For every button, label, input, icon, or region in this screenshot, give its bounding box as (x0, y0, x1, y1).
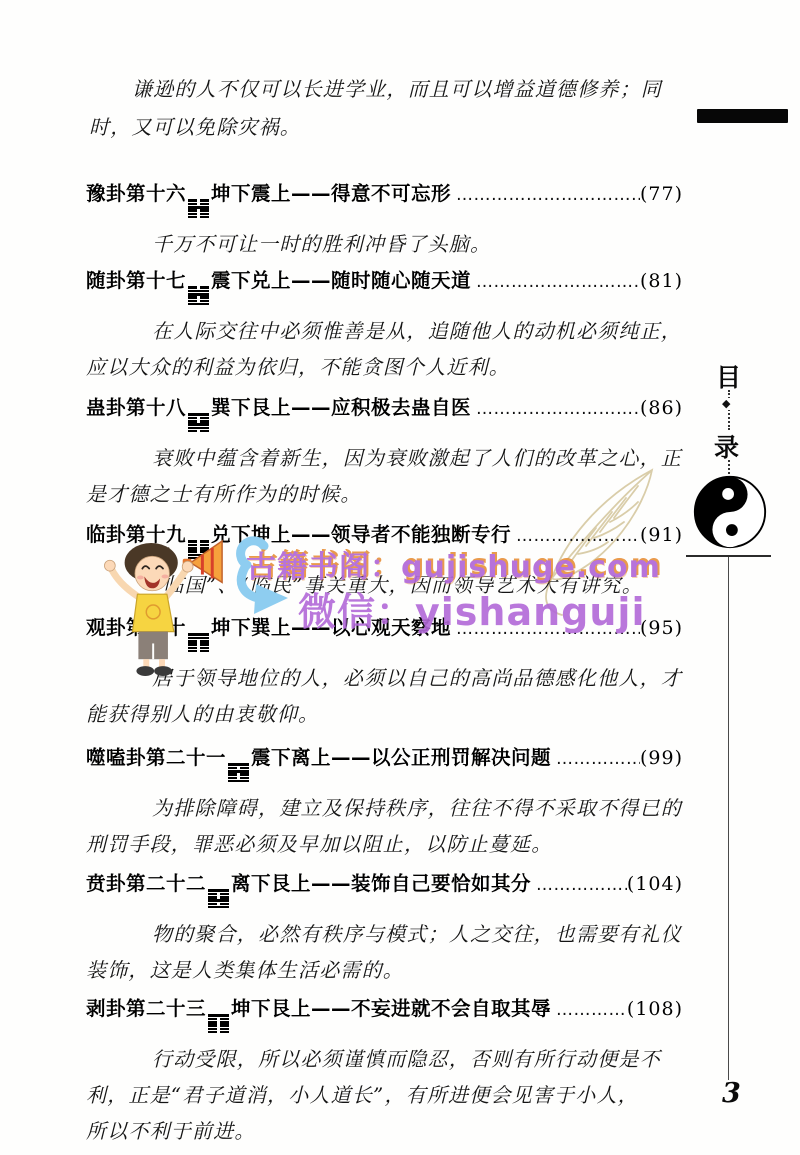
entry-title: 噬嗑卦第二十一震下离上——以公正刑罚解决问题 (86, 742, 551, 782)
yin-yang-icon (692, 474, 768, 550)
dots-leader: …………………………………………………………………… (531, 875, 627, 895)
note-line: 居于领导地位的人，必须以自己的高尚品德感化他人，才 (152, 660, 683, 696)
entry-heading: 噬嗑卦第二十一震下离上——以公正刑罚解决问题………………………………………………… (86, 742, 683, 782)
entry-notes: 千万不可让一时的胜利冲昏了头脑。 (86, 226, 683, 262)
diamond-icon: ◆ (722, 398, 730, 410)
dots-leader: …………………………………………………………………… (551, 1000, 627, 1020)
sidebar-char-lu: 录 (714, 428, 739, 464)
toc-entry: 贲卦第二十二离下艮上——装饰自己要恰如其分…………………………………………………… (86, 868, 683, 988)
entry-heading: 蛊卦第十八巽下艮上——应积极去蛊自医…………………………………………………………… (86, 392, 683, 432)
page-ref: (108) (627, 998, 683, 1020)
hexagram-icon (188, 286, 209, 305)
entry-heading: 豫卦第十六坤下震上——得意不可忘形……………………………………………………………… (86, 178, 683, 218)
sidebar-dotted-line-2 (728, 460, 730, 474)
note-line: 衰败中蕴含着新生，因为衰败激起了人们的改革之心，正 (152, 440, 683, 476)
page-number: 3 (722, 1078, 741, 1109)
page-ref: (104) (627, 873, 683, 895)
watermark-site-text: 古籍书阁：gujishuge.com (246, 542, 661, 586)
note-line: 为排除障碍，建立及保持秩序，往往不得不采取不得已的 (152, 790, 683, 826)
dots-leader: …………………………………………………………………… (551, 749, 640, 769)
toc-entry: 噬嗑卦第二十一震下离上——以公正刑罚解决问题………………………………………………… (86, 742, 683, 862)
entry-title: 随卦第十七震下兑上——随时随心随天道 (86, 265, 471, 305)
entry-title: 豫卦第十六坤下震上——得意不可忘形 (86, 178, 451, 218)
page-ref: (99) (640, 747, 683, 769)
note-line: 物的聚合，必然有秩序与模式；人之交往，也需要有礼仪 (152, 916, 683, 952)
hexagram-icon (208, 889, 229, 908)
entry-heading: 贲卦第二十二离下艮上——装饰自己要恰如其分…………………………………………………… (86, 868, 683, 908)
note-line: 千万不可让一时的胜利冲昏了头脑。 (152, 226, 683, 262)
note-line: 应以大众的利益为依归，不能贪图个人近利。 (86, 349, 683, 385)
dots-leader: …………………………………………………………………… (451, 185, 640, 205)
page-ref: (81) (640, 270, 683, 292)
entry-title: 蛊卦第十八巽下艮上——应积极去蛊自医 (86, 392, 471, 432)
hexagram-icon (188, 413, 209, 432)
scanned-toc-page: 谦逊的人不仅可以长进学业，而且可以增益道德修养；同时，又可以免除灾祸。 豫卦第十… (0, 0, 800, 1155)
entry-notes: 为排除障碍，建立及保持秩序，往往不得不采取不得已的刑罚手段，罪恶必须及早加以阻止… (86, 790, 683, 862)
note-line: 能获得别人的由衷敬仰。 (86, 696, 683, 732)
entry-title: 贲卦第二十二离下艮上——装饰自己要恰如其分 (86, 868, 531, 908)
sidebar-char-mu: 目 (716, 358, 741, 394)
toc-entry: 剥卦第二十三坤下艮上——不妄进就不会自取其辱………………………………………………… (86, 993, 683, 1149)
page-ref: (86) (640, 397, 683, 419)
page-ref: (77) (640, 183, 683, 205)
toc-entry: 豫卦第十六坤下震上——得意不可忘形……………………………………………………………… (86, 178, 683, 262)
entry-heading: 随卦第十七震下兑上——随时随心随天道…………………………………………………………… (86, 265, 683, 305)
dots-leader: …………………………………………………………………… (471, 272, 640, 292)
toc-entry: 随卦第十七震下兑上——随时随心随天道…………………………………………………………… (86, 265, 683, 385)
entry-notes: 行动受限，所以必须谨慎而隐忍，否则有所行动便是不利，正是“君子道消，小人道长”，… (86, 1041, 683, 1149)
entry-notes: 物的聚合，必然有秩序与模式；人之交往，也需要有礼仪装饰，这是人类集体生活必需的。 (86, 916, 683, 988)
entry-heading: 剥卦第二十三坤下艮上——不妄进就不会自取其辱………………………………………………… (86, 993, 683, 1033)
hexagram-icon (188, 199, 209, 218)
watermark-wechat-text: 微信：yishanguji (298, 581, 645, 636)
entry-title: 剥卦第二十三坤下艮上——不妄进就不会自取其辱 (86, 993, 551, 1033)
hexagram-icon (208, 1014, 229, 1033)
note-line: 是才德之士有所作为的时候。 (86, 476, 683, 512)
note-line: 利，正是“君子道消，小人道长”，有所进便会见害于小人， (86, 1077, 683, 1113)
entry-notes: 衰败中蕴含着新生，因为衰败激起了人们的改革之心，正是才德之士有所作为的时候。 (86, 440, 683, 512)
sidebar-vertical-rule (728, 557, 729, 1080)
hexagram-icon (228, 763, 249, 782)
sidebar-dotted-line (728, 390, 730, 430)
note-line: 在人际交往中必须惟善是从，追随他人的动机必须纯正， (152, 313, 683, 349)
note-line: 刑罚手段，罪恶必须及早加以阻止，以防止蔓延。 (86, 826, 683, 862)
note-line: 所以不利于前进。 (86, 1113, 683, 1149)
dots-leader: …………………………………………………………………… (471, 399, 640, 419)
cheering-boy-icon (100, 533, 228, 683)
entry-notes: 在人际交往中必须惟善是从，追随他人的动机必须纯正，应以大众的利益为依归，不能贪图… (86, 313, 683, 385)
note-line: 装饰，这是人类集体生活必需的。 (86, 952, 683, 988)
toc-entry: 蛊卦第十八巽下艮上——应积极去蛊自医…………………………………………………………… (86, 392, 683, 512)
note-line: 行动受限，所以必须谨慎而隐忍，否则有所行动便是不 (152, 1041, 683, 1077)
page-ref: (95) (640, 617, 683, 639)
